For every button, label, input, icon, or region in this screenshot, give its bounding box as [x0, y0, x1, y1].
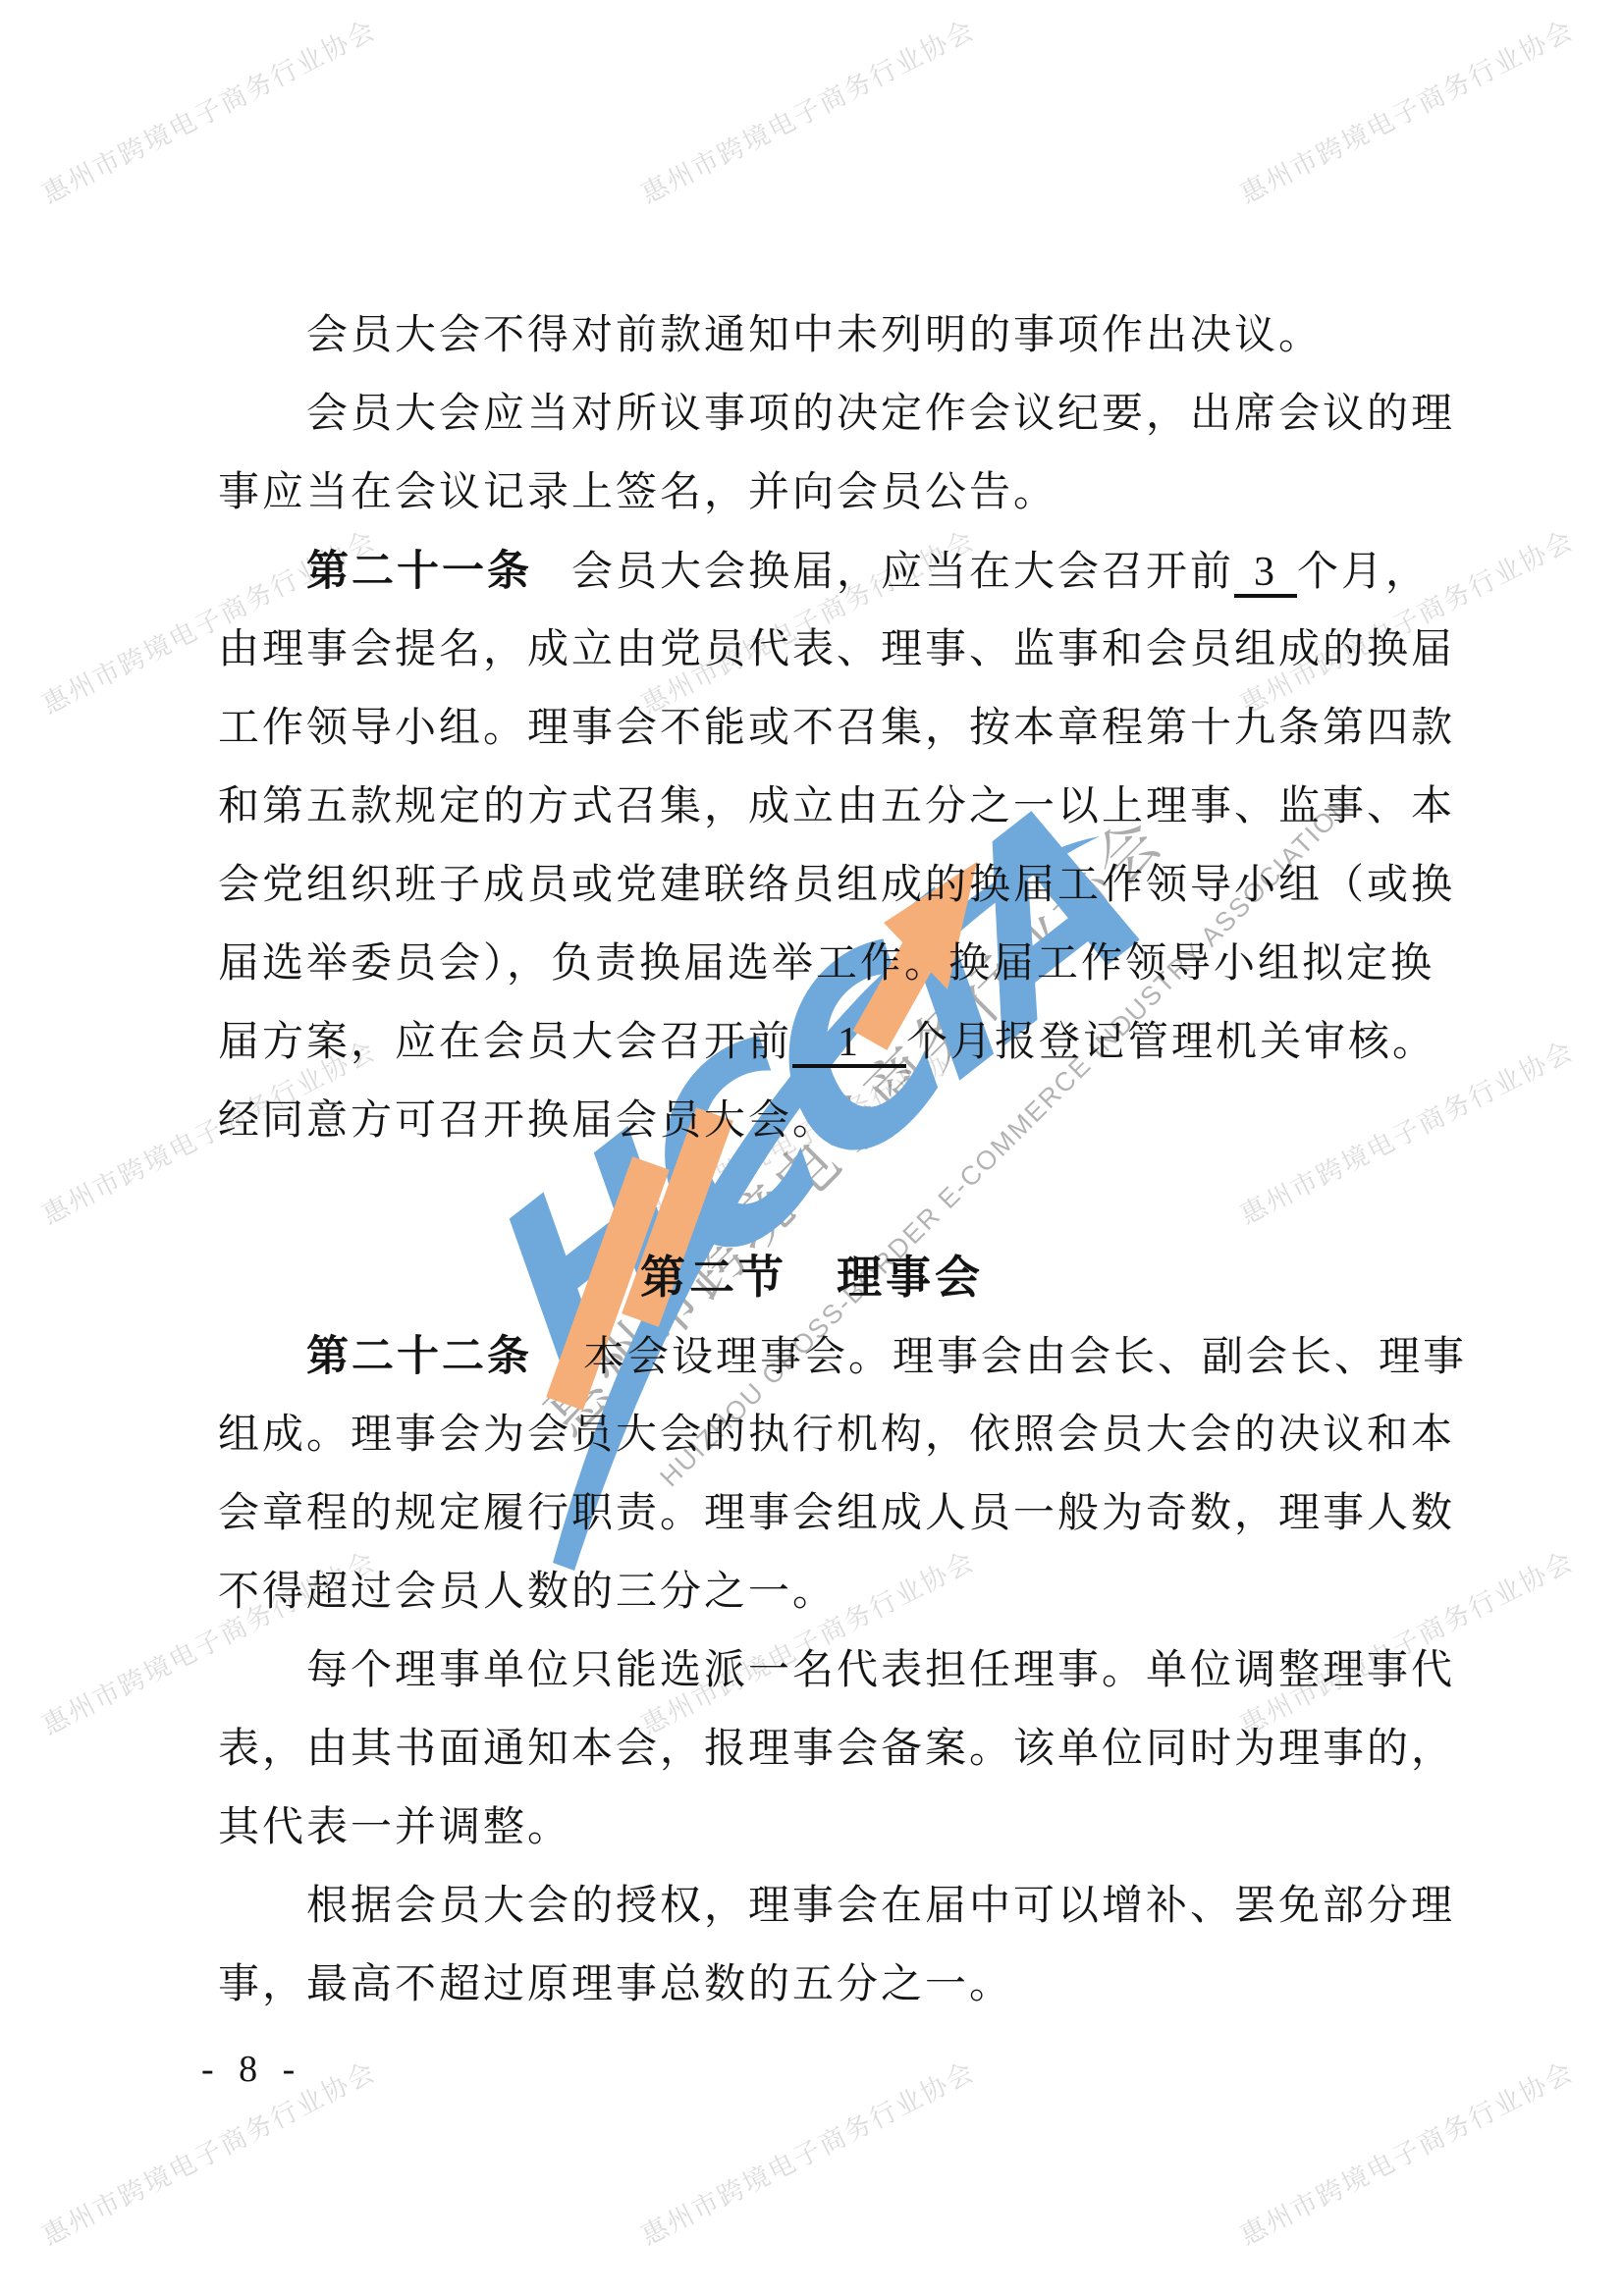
- text-run: 其代表一并调整。: [218, 1805, 571, 1850]
- text-run: 组成。理事会为会员大会的执行机构，依照会员大会的决议和本: [218, 1413, 1455, 1458]
- doc-line: 不得超过会员人数的三分之一。: [218, 1553, 1455, 1631]
- text-run: 根据会员大会的授权，理事会在届中可以增补、罢免部分理: [306, 1884, 1455, 1929]
- text-run: 经同意方可召开换届会员大会。: [218, 1098, 837, 1144]
- text-run: 会员大会不得对前款通知中未列明的事项作出决议。: [306, 313, 1323, 358]
- doc-line: 其代表一并调整。: [218, 1789, 1455, 1867]
- document-body: 会员大会不得对前款通知中未列明的事项作出决议。会员大会应当对所议事项的决定作会议…: [218, 296, 1455, 2024]
- text-run: 表，由其书面通知本会，报理事会备案。该单位同时为理事的，: [218, 1727, 1455, 1772]
- text-run: 由理事会提名，成立由党员代表、理事、监事和会员组成的换届: [218, 627, 1455, 672]
- doc-line: 会员大会应当对所议事项的决定作会议纪要，出席会议的理: [218, 375, 1455, 454]
- doc-line: 表，由其书面通知本会，报理事会备案。该单位同时为理事的，: [218, 1710, 1455, 1789]
- section-heading: 第二节 理事会: [218, 1239, 1406, 1317]
- filled-blank: 1: [792, 1021, 906, 1068]
- doc-line: 组成。理事会为会员大会的执行机构，依照会员大会的决议和本: [218, 1396, 1455, 1474]
- doc-line: 事应当在会议记录上签名，并向会员公告。: [218, 454, 1455, 532]
- document-page: 惠州市跨境电子商务行业协会惠州市跨境电子商务行业协会惠州市跨境电子商务行业协会惠…: [0, 0, 1624, 2296]
- text-run: 会章程的规定履行职责。理事会组成人员一般为奇数，理事人数: [218, 1491, 1455, 1536]
- doc-line: 会章程的规定履行职责。理事会组成人员一般为奇数，理事人数: [218, 1474, 1455, 1553]
- doc-line: 工作领导小组。理事会不能或不召集，按本章程第十九条第四款: [218, 689, 1455, 768]
- doc-line: 由理事会提名，成立由党员代表、理事、监事和会员组成的换届: [218, 611, 1455, 689]
- text-run: 不得超过会员人数的三分之一。: [218, 1570, 837, 1615]
- doc-line: 经同意方可召开换届会员大会。: [218, 1082, 1455, 1160]
- doc-line: 每个理事单位只能选派一名代表担任理事。单位调整理事代: [218, 1631, 1455, 1710]
- text-run: 本会设理事会。理事会由会长、副会长、理事: [583, 1335, 1467, 1380]
- text-run: 工作领导小组。理事会不能或不召集，按本章程第十九条第四款: [218, 706, 1455, 751]
- article-number: 第二十一条: [306, 548, 532, 595]
- doc-line: 事，最高不超过原理事总数的五分之一。: [218, 1946, 1455, 2024]
- text-run: 会员大会应当对所议事项的决定作会议纪要，出席会议的理: [306, 392, 1455, 437]
- doc-line: [218, 1160, 1455, 1239]
- doc-line: 第二十一条会员大会换届，应当在大会召开前3个月，: [218, 532, 1455, 611]
- text-run: 事，最高不超过原理事总数的五分之一。: [218, 1962, 1013, 2007]
- text-run: 个月，: [1297, 550, 1430, 595]
- text-run: 会员大会换届，应当在大会召开前: [571, 550, 1234, 595]
- doc-line: 届选举委员会），负责换届选举工作。换届工作领导小组拟定换: [218, 925, 1455, 1003]
- text-run: 会党组织班子成员或党建联络员组成的换届工作领导小组（或换: [218, 863, 1455, 908]
- doc-line: 届方案，应在会员大会召开前1个月报登记管理机关审核。: [218, 1003, 1455, 1082]
- text-run: 个月报登记管理机关审核。: [906, 1020, 1436, 1065]
- doc-line: 第二十二条本会设理事会。理事会由会长、副会长、理事: [218, 1317, 1455, 1396]
- text-run: 事应当在会议记录上签名，并向会员公告。: [218, 470, 1057, 515]
- text-run: 届方案，应在会员大会召开前: [218, 1020, 792, 1065]
- text-run: 第二节 理事会: [640, 1253, 984, 1303]
- text-run: 和第五款规定的方式召集，成立由五分之一以上理事、监事、本: [218, 784, 1455, 829]
- doc-line: 会党组织班子成员或党建联络员组成的换届工作领导小组（或换: [218, 846, 1455, 925]
- page-number: - 8 -: [201, 2048, 302, 2091]
- doc-line: 会员大会不得对前款通知中未列明的事项作出决议。: [218, 296, 1455, 375]
- text-run: 每个理事单位只能选派一名代表担任理事。单位调整理事代: [306, 1648, 1455, 1693]
- filled-blank: 3: [1234, 551, 1297, 598]
- article-number: 第二十二条: [306, 1333, 532, 1380]
- doc-line: 和第五款规定的方式召集，成立由五分之一以上理事、监事、本: [218, 768, 1455, 846]
- text-run: 届选举委员会），负责换届选举工作。换届工作领导小组拟定换: [218, 941, 1435, 987]
- doc-line: 根据会员大会的授权，理事会在届中可以增补、罢免部分理: [218, 1867, 1455, 1946]
